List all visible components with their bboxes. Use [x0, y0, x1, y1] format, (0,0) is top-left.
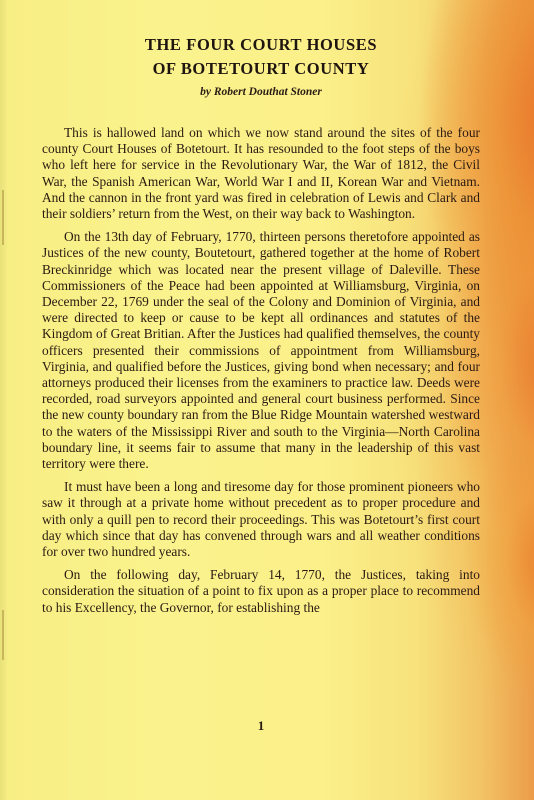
paragraph: It must have been a long and tiresome da…	[42, 479, 480, 560]
title-line-2: OF BOTETOURT COUNTY	[153, 59, 370, 78]
page-number: 1	[42, 718, 480, 734]
article-body: This is hallowed land on which we now st…	[42, 125, 480, 623]
paragraph: On the following day, February 14, 1770,…	[42, 567, 480, 616]
binding-mark	[2, 190, 4, 245]
paragraph: This is hallowed land on which we now st…	[42, 125, 480, 222]
author-byline: by Robert Douthat Stoner	[42, 86, 480, 98]
page-title: THE FOUR COURT HOUSES OF BOTETOURT COUNT…	[42, 33, 480, 81]
paragraph: On the 13th day of February, 1770, thirt…	[42, 229, 480, 472]
binding-mark	[2, 610, 4, 660]
book-page: THE FOUR COURT HOUSES OF BOTETOURT COUNT…	[0, 0, 534, 800]
title-line-1: THE FOUR COURT HOUSES	[145, 35, 377, 54]
